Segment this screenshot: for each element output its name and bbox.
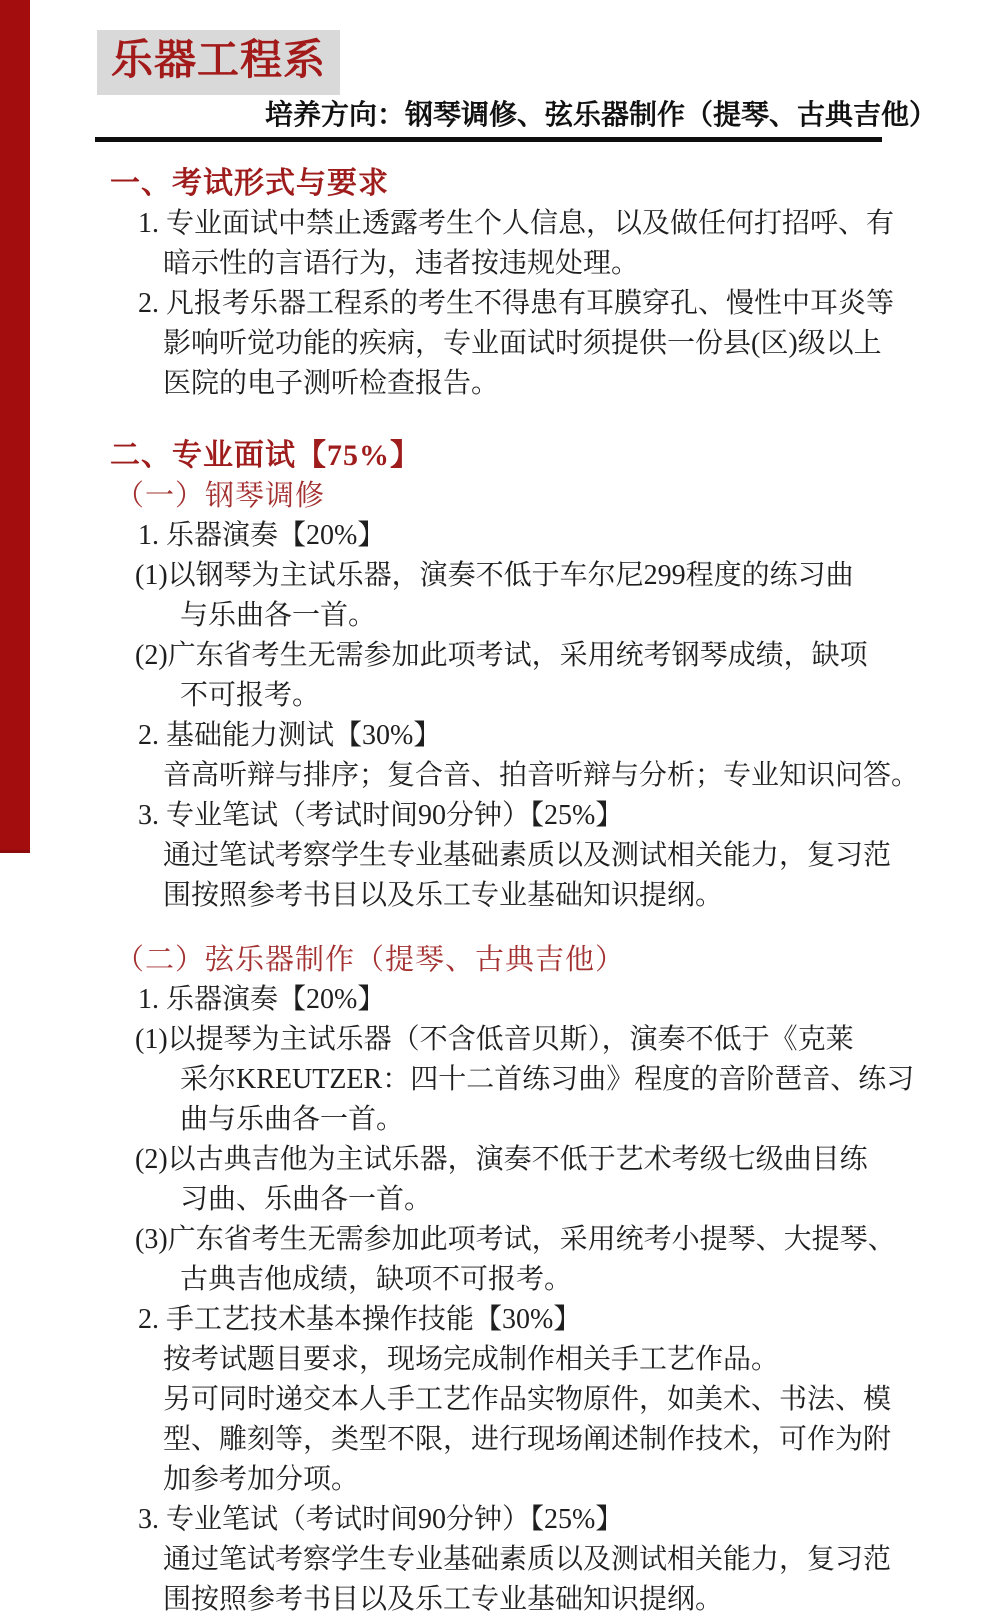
text-line: 2. 基础能力测试【30%】 bbox=[95, 716, 955, 756]
text-line: 3. 专业笔试（考试时间90分钟）【25%】 bbox=[95, 1500, 955, 1540]
text-line: 音高听辩与排序；复合音、拍音听辩与分析；专业知识问答。 bbox=[95, 756, 955, 796]
training-direction: 培养方向：钢琴调修、弦乐器制作（提琴、古典吉他） bbox=[95, 98, 937, 134]
text-line: (2)以古典吉他为主试乐器，演奏不低于艺术考级七级曲目练 bbox=[95, 1140, 955, 1180]
text-line: 采尔KREUTZER：四十二首练习曲》程度的音阶琶音、练习 bbox=[95, 1060, 955, 1100]
text-line: (1)以提琴为主试乐器（不含低音贝斯），演奏不低于《克莱 bbox=[95, 1020, 955, 1060]
text-line: (1)以钢琴为主试乐器，演奏不低于车尔尼299程度的练习曲 bbox=[95, 556, 955, 596]
text-line: (2)广东省考生无需参加此项考试，采用统考钢琴成绩，缺项 bbox=[95, 636, 955, 676]
text-line: 不可报考。 bbox=[95, 676, 955, 716]
text-line: 习曲、乐曲各一首。 bbox=[95, 1180, 955, 1220]
document-content: 乐器工程系 培养方向：钢琴调修、弦乐器制作（提琴、古典吉他） 一、考试形式与要求… bbox=[95, 0, 955, 1618]
text-line: 通过笔试考察学生专业基础素质以及测试相关能力，复习范 bbox=[95, 1540, 955, 1580]
text-line: 1. 乐器演奏【20%】 bbox=[95, 980, 955, 1020]
document-page: 乐器工程系 培养方向：钢琴调修、弦乐器制作（提琴、古典吉他） 一、考试形式与要求… bbox=[0, 0, 982, 1618]
text-line: (3)广东省考生无需参加此项考试，采用统考小提琴、大提琴、 bbox=[95, 1220, 955, 1260]
text-line: 按考试题目要求，现场完成制作相关手工艺作品。 bbox=[95, 1340, 955, 1380]
subsection-heading-2: （二）弦乐器制作（提琴、古典吉他） bbox=[95, 940, 955, 980]
text-line: 医院的电子测听检查报告。 bbox=[95, 364, 955, 404]
text-line: 曲与乐曲各一首。 bbox=[95, 1100, 955, 1140]
section-heading-2: 二、专业面试【75%】 bbox=[95, 436, 955, 476]
department-title: 乐器工程系 bbox=[111, 38, 326, 84]
text-line: 另可同时递交本人手工艺作品实物原件，如美术、书法、模 bbox=[95, 1380, 955, 1420]
text-line: 通过笔试考察学生专业基础素质以及测试相关能力，复习范 bbox=[95, 836, 955, 876]
text-line: 古典吉他成绩，缺项不可报考。 bbox=[95, 1260, 955, 1300]
subsection-heading-1: （一）钢琴调修 bbox=[95, 476, 955, 516]
department-title-box: 乐器工程系 bbox=[97, 30, 340, 95]
text-line: 1. 专业面试中禁止透露考生个人信息，以及做任何打招呼、有 bbox=[95, 204, 955, 244]
left-accent-bar bbox=[0, 0, 30, 853]
text-line: 2. 手工艺技术基本操作技能【30%】 bbox=[95, 1300, 955, 1340]
text-line: 1. 乐器演奏【20%】 bbox=[95, 516, 955, 556]
text-line: 影响听觉功能的疾病，专业面试时须提供一份县(区)级以上 bbox=[95, 324, 955, 364]
text-line: 加参考加分项。 bbox=[95, 1460, 955, 1500]
section-heading-1: 一、考试形式与要求 bbox=[95, 164, 955, 204]
text-line: 型、雕刻等，类型不限，进行现场阐述制作技术，可作为附 bbox=[95, 1420, 955, 1460]
text-line: 2. 凡报考乐器工程系的考生不得患有耳膜穿孔、慢性中耳炎等 bbox=[95, 284, 955, 324]
text-line: 暗示性的言语行为，违者按违规处理。 bbox=[95, 244, 955, 284]
text-line: 3. 专业笔试（考试时间90分钟）【25%】 bbox=[95, 796, 955, 836]
header-rule bbox=[95, 137, 882, 142]
text-line: 围按照参考书目以及乐工专业基础知识提纲。 bbox=[95, 1580, 955, 1618]
text-line: 与乐曲各一首。 bbox=[95, 596, 955, 636]
text-line: 围按照参考书目以及乐工专业基础知识提纲。 bbox=[95, 876, 955, 916]
